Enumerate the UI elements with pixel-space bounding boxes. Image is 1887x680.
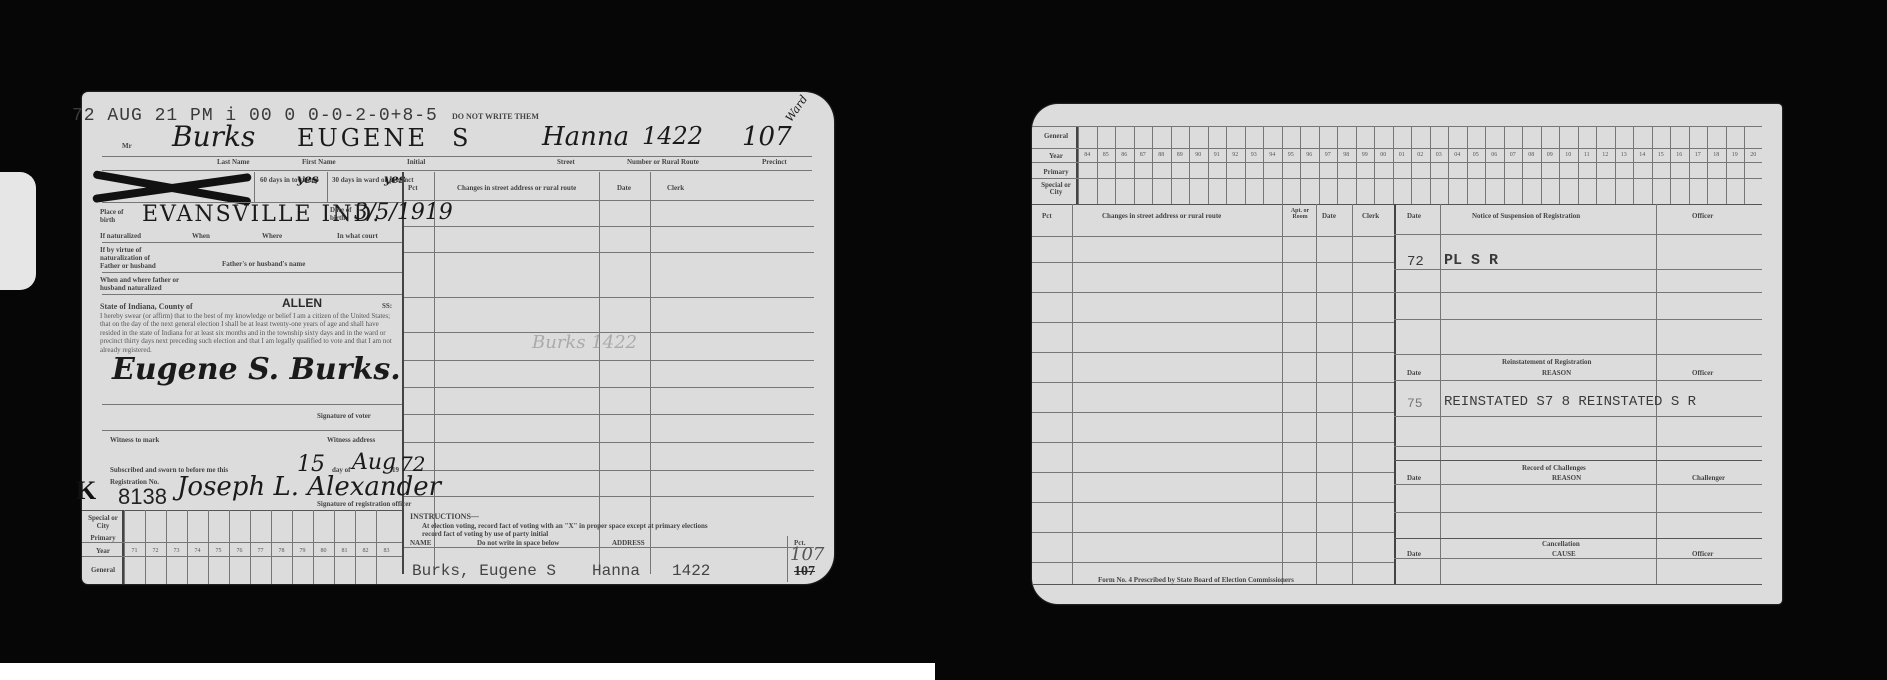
year-cell: 14 <box>1633 152 1652 158</box>
precinct-label: Precinct <box>762 158 787 166</box>
year-cell: 75 <box>208 548 229 554</box>
registration-number-value: 8138 <box>118 484 167 510</box>
cancellation-title: Cancellation <box>1542 540 1580 548</box>
typed-number: 1422 <box>672 562 710 580</box>
year-cell: 92 <box>1226 152 1245 158</box>
instructions-title: INSTRUCTIONS— <box>410 512 479 521</box>
first-name-value: EUGENE <box>297 124 428 152</box>
clerk-header: Clerk <box>667 184 684 192</box>
year-cell: 93 <box>1245 152 1264 158</box>
year-cell: 82 <box>355 548 376 554</box>
year-cell: 10 <box>1559 152 1578 158</box>
year-cell: 19 <box>1726 152 1745 158</box>
date-of-birth-label: Date of birth <box>330 206 352 222</box>
back-pct-header: Pct <box>1042 212 1052 220</box>
year-cell: 95 <box>1282 152 1301 158</box>
year-cell: 18 <box>1707 152 1726 158</box>
year-cell: 15 <box>1652 152 1671 158</box>
back-grid-year-label: Year <box>1036 152 1076 160</box>
reinstatement-date-header: Date <box>1407 369 1421 377</box>
film-edge-tab <box>0 172 36 290</box>
year-cell: 97 <box>1319 152 1338 158</box>
form-footer: Form No. 4 Prescribed by State Board of … <box>1098 576 1294 584</box>
year-cell: 88 <box>1152 152 1171 158</box>
year-cell: 71 <box>124 548 145 554</box>
year-cell: 04 <box>1448 152 1467 158</box>
father-name-label: Father's or husband's name <box>222 260 305 268</box>
suspension-notice-value: PL S R <box>1444 252 1498 269</box>
when-where-father-label: When and where father or husband natural… <box>100 276 180 292</box>
signature-officer-label: Signature of registration officer <box>317 500 411 508</box>
pct-header: Pct <box>408 184 418 192</box>
back-grid-primary-label: Primary <box>1036 168 1076 176</box>
suspension-date-value: 72 <box>1407 254 1424 270</box>
signature-voter-label: Signature of voter <box>317 412 371 420</box>
voter-registration-card-front: 72 AUG 21 PM i 00 0 0-0-2-0+8-5 DO NOT W… <box>82 92 834 584</box>
year-cell: 80 <box>313 548 334 554</box>
year-cell: 89 <box>1171 152 1190 158</box>
reinstatement-date-value: 75 <box>1407 396 1423 411</box>
cancellation-cause-header: CAUSE <box>1552 550 1576 558</box>
pct-handwritten: 107 <box>790 544 824 565</box>
cancellation-officer-header: Officer <box>1692 550 1713 558</box>
date-of-birth-value: 3/5/1919 <box>354 200 453 225</box>
challenges-date-header: Date <box>1407 474 1421 482</box>
year-cell: 11 <box>1578 152 1597 158</box>
reinstatement-officer-header: Officer <box>1692 369 1713 377</box>
year-cell: 16 <box>1670 152 1689 158</box>
when-label: When <box>192 232 210 240</box>
voter-signature: Eugene S. Burks. <box>112 352 401 387</box>
cancellation-date-header: Date <box>1407 550 1421 558</box>
year-cell: 12 <box>1596 152 1615 158</box>
year-cell: 77 <box>250 548 271 554</box>
year-cell: 05 <box>1467 152 1486 158</box>
year-cell: 06 <box>1485 152 1504 158</box>
prefix-label: Mr <box>122 142 132 150</box>
oath-text: I hereby swear (or affirm) that to the b… <box>100 312 398 354</box>
voter-registration-card-back: General Year Primary Special or City 848… <box>1032 104 1782 604</box>
grid-row-primary-label: Primary <box>86 534 120 542</box>
year-cell: 76 <box>229 548 250 554</box>
challenges-reason-header: REASON <box>1552 474 1581 482</box>
back-clerk-header: Clerk <box>1362 212 1379 220</box>
year-cell: 02 <box>1411 152 1430 158</box>
back-apt-header: Apt. or Room <box>1286 208 1314 220</box>
witness-mark-label: Witness to mark <box>110 436 159 444</box>
back-changes-header: Changes in street address or rural route <box>1102 212 1221 220</box>
year-cell: 01 <box>1393 152 1412 158</box>
back-grid-special-label: Special or City <box>1036 182 1076 196</box>
state-county-label: State of Indiana, County of <box>100 302 193 311</box>
last-name-value: Burks <box>172 120 255 153</box>
grid-row-special-label: Special or City <box>86 514 120 530</box>
father-naturalization-label: If by virtue of naturalization of Father… <box>100 246 170 270</box>
place-of-birth-label: Place of birth <box>100 208 130 224</box>
typed-street: Hanna <box>592 562 640 580</box>
reinstatement-reason-header: REASON <box>1542 369 1571 377</box>
officer-signature: Joseph L. Alexander <box>177 472 441 502</box>
year-cell: 84 <box>1078 152 1097 158</box>
faint-address-change: Burks 1422 <box>532 332 637 353</box>
year-cell: 85 <box>1097 152 1116 158</box>
precinct-value: 107 <box>742 122 792 152</box>
instructions-address-label: ADDRESS <box>612 539 645 547</box>
year-cell: 79 <box>292 548 313 554</box>
typed-name: Burks, Eugene S <box>412 562 556 580</box>
where-label: Where <box>262 232 282 240</box>
naturalized-label: If naturalized <box>100 232 141 240</box>
year-cell: 78 <box>271 548 292 554</box>
year-cell: 87 <box>1134 152 1153 158</box>
ss-label: SS: <box>382 302 392 310</box>
days-township-value: yes <box>297 172 318 186</box>
street-value: Hanna <box>542 122 629 152</box>
number-label: Number or Rural Route <box>627 158 699 166</box>
year-cell: 00 <box>1374 152 1393 158</box>
year-cell: 20 <box>1744 152 1763 158</box>
last-name-label: Last Name <box>217 158 249 166</box>
back-grid-general-label: General <box>1036 132 1076 140</box>
section-letter: K <box>76 476 96 506</box>
year-cell: 99 <box>1356 152 1375 158</box>
year-cell: 72 <box>145 548 166 554</box>
year-cell: 81 <box>334 548 355 554</box>
pct-typed: 107 <box>794 564 815 580</box>
grid-row-year-label: Year <box>86 547 120 555</box>
year-cell: 83 <box>376 548 397 554</box>
suspension-notice-header: Notice of Suspension of Registration <box>1472 212 1580 220</box>
instructions-do-not-write: Do not write in space below <box>477 539 559 547</box>
county-value: ALLEN <box>282 296 322 310</box>
year-cell: 74 <box>187 548 208 554</box>
year-cell: 91 <box>1208 152 1227 158</box>
year-cell: 03 <box>1430 152 1449 158</box>
reinstatement-reason-value: REINSTATED S7 8 REINSTATED S R <box>1444 394 1696 410</box>
year-cell: 73 <box>166 548 187 554</box>
suspension-officer-header: Officer <box>1692 212 1713 220</box>
year-cell: 96 <box>1300 152 1319 158</box>
year-cell: 98 <box>1337 152 1356 158</box>
instructions-line1: At election voting, record fact of votin… <box>422 522 708 530</box>
reinstatement-title: Reinstatement of Registration <box>1502 358 1591 366</box>
year-cell: 07 <box>1504 152 1523 158</box>
year-cell: 13 <box>1615 152 1634 158</box>
street-label: Street <box>557 158 575 166</box>
initial-value: S <box>452 124 468 152</box>
grid-row-general-label: General <box>86 566 120 574</box>
instructions-name-label: NAME <box>410 539 431 547</box>
challenges-title: Record of Challenges <box>1522 464 1586 472</box>
what-court-label: In what court <box>337 232 378 240</box>
first-name-label: First Name <box>302 158 336 166</box>
back-date-header: Date <box>1322 212 1336 220</box>
initial-label: Initial <box>407 158 425 166</box>
witness-address-label: Witness address <box>327 436 375 444</box>
header-notice: DO NOT WRITE THEM <box>452 112 539 121</box>
viewer-bottom-bar <box>0 663 935 680</box>
year-cell: 17 <box>1689 152 1708 158</box>
ward-annotation: Ward <box>783 93 810 124</box>
year-cell: 90 <box>1189 152 1208 158</box>
year-cell: 86 <box>1115 152 1134 158</box>
date-header: Date <box>617 184 631 192</box>
crossed-out-field <box>92 174 252 202</box>
house-number-value: 1422 <box>642 122 703 150</box>
challenges-challenger-header: Challenger <box>1692 474 1725 482</box>
instructions-line2: record fact of voting by use of party in… <box>422 530 548 538</box>
year-cell: 08 <box>1522 152 1541 158</box>
changes-address-header: Changes in street address or rural route <box>457 184 576 192</box>
year-cell: 94 <box>1263 152 1282 158</box>
year-cell: 09 <box>1541 152 1560 158</box>
suspension-date-header: Date <box>1407 212 1421 220</box>
